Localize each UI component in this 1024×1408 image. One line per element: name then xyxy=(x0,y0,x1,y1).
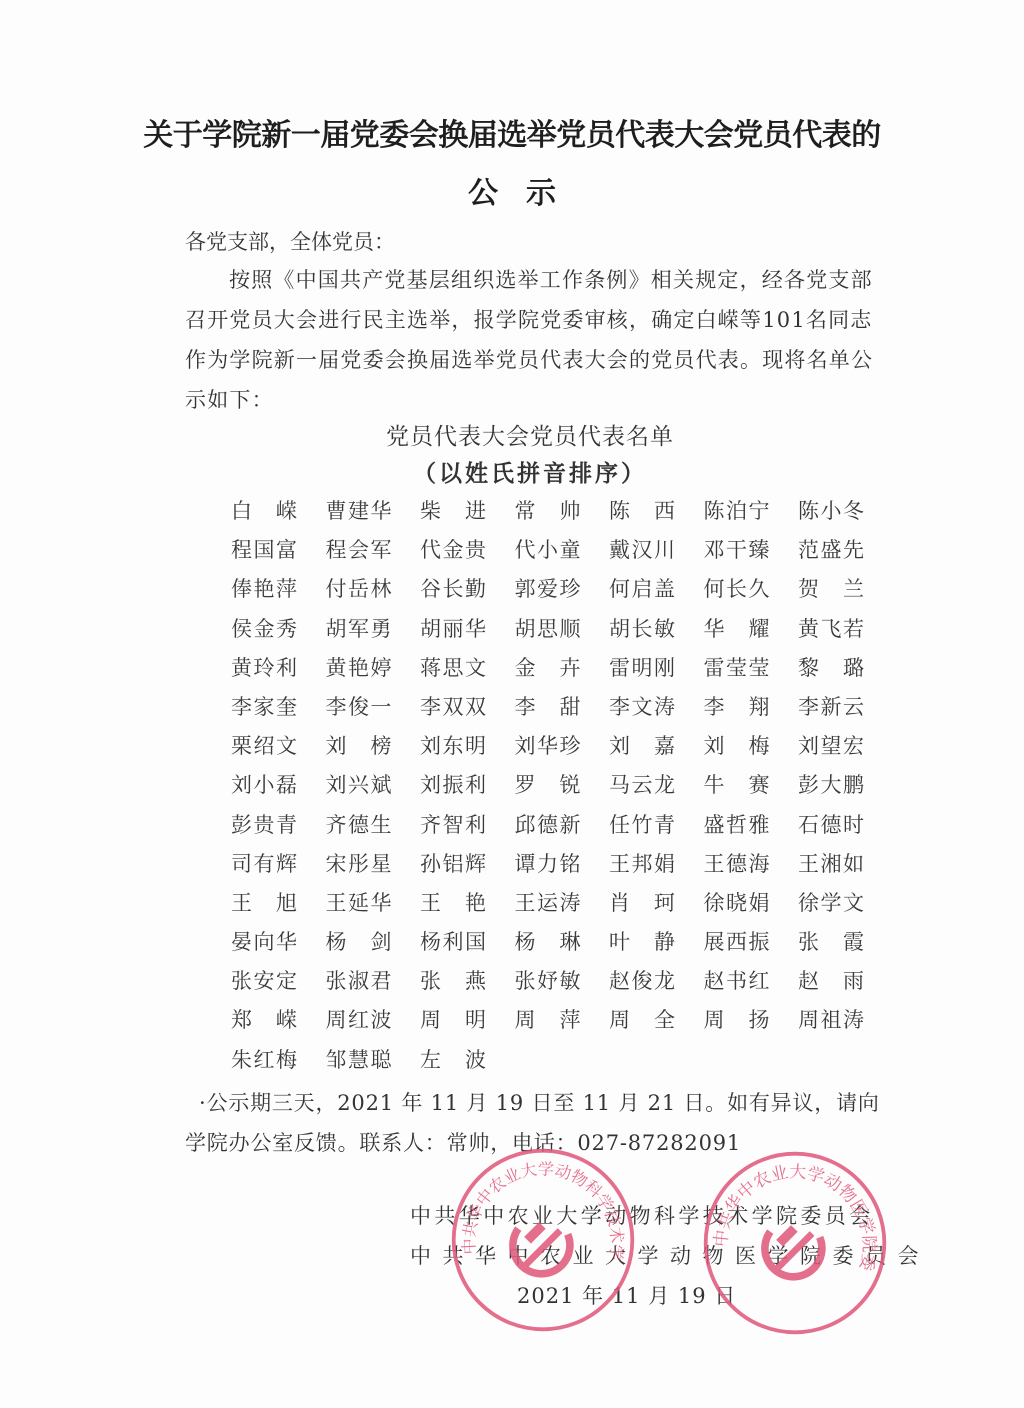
delegate-name: 李新云 xyxy=(798,688,864,727)
delegate-name: 刘梅 xyxy=(704,727,770,766)
signature-date: 2021 年 11 月 19 日 xyxy=(517,1280,736,1310)
delegate-name: 张安定 xyxy=(231,962,297,1001)
delegate-name: 柴进 xyxy=(420,492,486,531)
list-title: 党员代表大会党员代表名单 xyxy=(0,418,1024,451)
delegate-name: 徐晓娟 xyxy=(704,884,770,923)
delegate-name: 陈西 xyxy=(609,492,675,531)
delegate-name: 张淑君 xyxy=(326,962,392,1001)
delegate-name: 周扬 xyxy=(704,1001,770,1040)
delegate-name: 周全 xyxy=(609,1001,675,1040)
delegate-name: 石德时 xyxy=(798,806,864,845)
delegate-name: 侯金秀 xyxy=(231,610,297,649)
delegate-name: 胡军勇 xyxy=(326,610,392,649)
delegate-name: 牛赛 xyxy=(704,766,770,805)
delegate-name: 何长久 xyxy=(704,570,770,609)
delegate-name: 张妤敏 xyxy=(515,962,581,1001)
delegate-name: 王邦娟 xyxy=(609,845,675,884)
delegate-name: 展西振 xyxy=(704,923,770,962)
delegate-name: 赵雨 xyxy=(798,962,864,1001)
delegate-name: 李文涛 xyxy=(609,688,675,727)
delegate-name: 俸艳萍 xyxy=(231,570,297,609)
delegate-name: 杨琳 xyxy=(515,923,581,962)
delegate-name: 王旭 xyxy=(231,884,297,923)
delegate-name: 肖珂 xyxy=(609,884,675,923)
delegate-name: 谭力铭 xyxy=(515,845,581,884)
delegate-name: 常帅 xyxy=(515,492,581,531)
delegate-name: 杨剑 xyxy=(326,923,392,962)
delegate-name: 刘小磊 xyxy=(231,766,297,805)
delegate-name: 李家奎 xyxy=(231,688,297,727)
delegate-name: 杨利国 xyxy=(420,923,486,962)
delegate-name: 代小童 xyxy=(515,531,581,570)
delegate-name: 邱德新 xyxy=(515,806,581,845)
delegate-name: 刘嘉 xyxy=(609,727,675,766)
delegate-name: 邓干臻 xyxy=(704,531,770,570)
delegate-name: 周萍 xyxy=(515,1001,581,1040)
delegate-name: 张霞 xyxy=(798,923,864,962)
delegate-name: 罗锐 xyxy=(515,766,581,805)
delegate-name: 赵俊龙 xyxy=(609,962,675,1001)
delegate-name: 雷明刚 xyxy=(609,649,675,688)
delegate-name: 陈小冬 xyxy=(798,492,864,531)
delegate-name: 曹建华 xyxy=(326,492,392,531)
delegate-name: 代金贵 xyxy=(420,531,486,570)
delegate-name: 贺兰 xyxy=(798,570,864,609)
delegate-name: 胡丽华 xyxy=(420,610,486,649)
delegate-name: 华耀 xyxy=(704,610,770,649)
delegate-name: 张燕 xyxy=(420,962,486,1001)
delegate-name: 郭爱珍 xyxy=(515,570,581,609)
delegate-name: 李翔 xyxy=(704,688,770,727)
delegate-name: 周明 xyxy=(420,1001,486,1040)
delegate-name: 彭贵青 xyxy=(231,806,297,845)
delegate-name: 王运涛 xyxy=(515,884,581,923)
delegate-name: 谷长勤 xyxy=(420,570,486,609)
delegate-name: 王艳 xyxy=(420,884,486,923)
delegate-name: 周红波 xyxy=(326,1001,392,1040)
delegate-name: 栗绍文 xyxy=(231,727,297,766)
delegate-name: 刘东明 xyxy=(420,727,486,766)
delegate-name: 晏向华 xyxy=(231,923,297,962)
delegate-name: 刘振利 xyxy=(420,766,486,805)
delegate-name: 王延华 xyxy=(326,884,392,923)
delegate-name: 金卉 xyxy=(515,649,581,688)
delegate-name: 左波 xyxy=(420,1041,486,1080)
delegate-name: 黎璐 xyxy=(798,649,864,688)
delegate-name: 付岳林 xyxy=(326,570,392,609)
document-title: 关于学院新一届党委会换届选举党员代表大会党员代表的 xyxy=(0,110,1024,154)
salutation: 各党支部，全体党员： xyxy=(185,222,885,262)
delegate-name: 叶静 xyxy=(609,923,675,962)
delegate-name-list: 白嵘曹建华柴进常帅陈西陈泊宁陈小冬程国富程会军代金贵代小童戴汉川邓干臻范盛先俸艳… xyxy=(231,492,893,1080)
intro-paragraph: 按照《中国共产党基层组织选举工作条例》相关规定，经各党支部召开党员大会进行民主选… xyxy=(185,260,885,420)
delegate-name: 赵书红 xyxy=(704,962,770,1001)
delegate-name: 雷莹莹 xyxy=(704,649,770,688)
delegate-name: 王德海 xyxy=(704,845,770,884)
delegate-name: 何启盖 xyxy=(609,570,675,609)
delegate-name: 胡思顺 xyxy=(515,610,581,649)
delegate-name: 邹慧聪 xyxy=(326,1041,392,1080)
delegate-name: 李甜 xyxy=(515,688,581,727)
delegate-name: 刘兴斌 xyxy=(326,766,392,805)
delegate-name: 宋彤星 xyxy=(326,845,392,884)
delegate-name: 戴汉川 xyxy=(609,531,675,570)
delegate-name: 盛哲雅 xyxy=(704,806,770,845)
delegate-name: 孙铝辉 xyxy=(420,845,486,884)
delegate-name: 徐学文 xyxy=(798,884,864,923)
notice-paragraph: ·公示期三天，2021 年 11 月 19 日至 11 月 21 日。如有异议，… xyxy=(185,1083,885,1163)
delegate-name: 王湘如 xyxy=(798,845,864,884)
delegate-name: 白嵘 xyxy=(231,492,297,531)
list-subtitle: （以姓氏拼音排序） xyxy=(0,455,1024,488)
delegate-name: 刘榜 xyxy=(326,727,392,766)
delegate-name: 范盛先 xyxy=(798,531,864,570)
delegate-name: 黄飞若 xyxy=(798,610,864,649)
delegate-name: 蒋思文 xyxy=(420,649,486,688)
delegate-name: 黄艳婷 xyxy=(326,649,392,688)
delegate-name: 黄玲利 xyxy=(231,649,297,688)
delegate-name: 程国富 xyxy=(231,531,297,570)
delegate-name: 齐德生 xyxy=(326,806,392,845)
delegate-name: 任竹青 xyxy=(609,806,675,845)
delegate-name: 程会军 xyxy=(326,531,392,570)
delegate-name: 刘华珍 xyxy=(515,727,581,766)
delegate-name: 司有辉 xyxy=(231,845,297,884)
delegate-name: 朱红梅 xyxy=(231,1041,297,1080)
delegate-name: 李俊一 xyxy=(326,688,392,727)
document-page: 关于学院新一届党委会换届选举党员代表大会党员代表的 公示 各党支部，全体党员： … xyxy=(0,0,1024,1408)
delegate-name: 郑嵘 xyxy=(231,1001,297,1040)
delegate-name: 齐智利 xyxy=(420,806,486,845)
delegate-name: 彭大鹏 xyxy=(798,766,864,805)
document-title-notice: 公示 xyxy=(0,168,1024,212)
signature-veterinary-committee: 中共华中农业大学动物医学院委员会 xyxy=(410,1240,930,1270)
delegate-name: 李双双 xyxy=(420,688,486,727)
delegate-name: 陈泊宁 xyxy=(704,492,770,531)
signature-animal-science-committee: 中共华中农业大学动物科学技术学院委员会 xyxy=(410,1200,874,1230)
delegate-name: 胡长敏 xyxy=(609,610,675,649)
delegate-name: 刘望宏 xyxy=(798,727,864,766)
delegate-name: 周祖涛 xyxy=(798,1001,864,1040)
delegate-name: 马云龙 xyxy=(609,766,675,805)
